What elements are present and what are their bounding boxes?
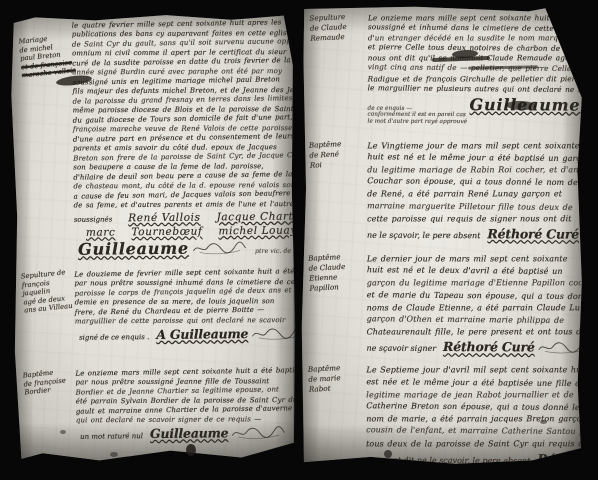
page-right-entries: Sepulturede ClaudeRemaudeLe onzieme mars… (300, 4, 585, 466)
signature-flourish (536, 340, 585, 354)
officiant-row: nous ont dit ne le sçavoir, le pere abse… (366, 450, 577, 466)
signature-row: soussignésRené ValloisJacque Chartier (74, 211, 290, 225)
officiant-signature: A Guilleaume (156, 326, 248, 342)
gutter-shadow (293, 0, 302, 480)
entry-line: tous deux de la paroisse de Saint Cyr qu… (366, 438, 577, 450)
entry-body: Le douzieme de fevrier mille sept cent s… (74, 268, 291, 327)
ink-speck (186, 444, 196, 456)
officiant-row: de ce enquis —conformément il est en par… (367, 94, 578, 126)
register-entry: Baptêmede ClaudeEtiennePapillonLe dernie… (308, 252, 577, 355)
signature-flourish (190, 241, 248, 256)
signature: marc (86, 226, 116, 238)
page-left-entries: Mariagede michelpaul Bretonet de françoi… (10, 12, 298, 443)
ink-speck (384, 450, 392, 458)
entry-body: le quatre fevrier mille sept cent soixan… (72, 19, 290, 211)
officiant-prefix: ne le sçavoir, le pere absent (367, 231, 480, 240)
signature-flourish (580, 227, 585, 241)
officiant-row: Guilleaume ptre vic. de Launay — des par… (78, 238, 290, 259)
entry-line: marguillier de cette paroisse qui ont de… (75, 316, 291, 327)
entry-line: garçon du legitime mariage d'Etienne Pap… (367, 278, 578, 290)
signature: René Vallois (128, 212, 200, 225)
entry-line: Catherine Breton son épouse, qui a tous … (366, 400, 577, 414)
margin-note: Baptêmede marieRabot (308, 363, 359, 395)
signature: michel Louay (218, 225, 296, 238)
officiant-row: ne sçavoir signerRéthoré Curé (366, 339, 577, 355)
margin-note: Baptêmede ClaudeEtiennePapillon (308, 251, 360, 293)
signature-flourish (249, 326, 298, 341)
register-entry: Mariagede michelpaul Bretonet de françoi… (20, 19, 290, 260)
margin-note-line: Remaude (310, 31, 360, 43)
entry-body: Le dernier jour de mars mil sept cent so… (367, 253, 578, 339)
margin-note-line: Rabot (309, 383, 359, 395)
margin-note-line: Papillon (309, 281, 359, 293)
entry-line: le marguillier ne plusieurs autres qui o… (368, 83, 579, 95)
margin-note: Sepulturede ClaudeRemaude (309, 11, 360, 43)
entry-line: Le Septieme jour d'avril mil sept cent s… (366, 365, 577, 377)
margin-note-line: Roi (310, 158, 360, 170)
signature: Jacque Chartier (216, 210, 298, 223)
entry-line: de René, a été parrain René Lunay garçon… (367, 189, 578, 201)
entry-line: Chateaurenault fille, le pere present et… (367, 326, 578, 338)
entry-line: cousin de l'enfant, et marraine Catherin… (366, 425, 577, 439)
margin-note: Mariagede michelpaul Bretonet de françoi… (18, 33, 72, 81)
officiant-signature: Réthoré Curé (443, 339, 535, 354)
entry-body: Le Septieme jour d'avril mil sept cent s… (366, 364, 577, 450)
officiant-row: signé de ce enquis .A Guilleaume ptre vi… (79, 326, 291, 343)
entry-line: est née et le même jour a été baptisée u… (366, 376, 577, 390)
page-right: Sepulturede ClaudeRemaudeLe onzieme mars… (300, 4, 585, 466)
officiant-signature: Guilleaume (78, 239, 189, 259)
officiant-signature: Réthoré Curé (487, 226, 579, 241)
entry-line: garçon d'Othen et marraine marie philipp… (367, 313, 578, 327)
ink-speck (60, 430, 66, 434)
entry-line: marraine marguerite Pilletour fille tous… (367, 200, 578, 214)
register-entry: Baptêmede marieRabotLe Septieme jour d'a… (308, 364, 577, 467)
ink-speck (540, 420, 547, 424)
signature-row: marcTournebœufmichel Louay (86, 225, 290, 239)
officiant-row: ne le sçavoir, le pere absentRéthoré Cur… (367, 226, 578, 242)
entry-line: cette paroisse qui requis de signer nous… (367, 213, 578, 225)
margin-note: Sepulture defrançoisjaquelinagé de deuxa… (21, 268, 75, 316)
margin-note: Baptêmede RenéRoi (309, 138, 360, 170)
entry-line: qui ont declaré ne scavoir signer de ce … (76, 415, 292, 426)
officiant-signature: Réthoré Curé (537, 451, 585, 466)
page-left: Mariagede michelpaul Bretonet de françoi… (10, 12, 299, 464)
register-entry: Sepulturede ClaudeRemaudeLe onzieme mars… (309, 12, 578, 126)
entry-line: Le Vingtieme jour de mars mil sept cent … (367, 140, 578, 152)
ink-speck (110, 452, 118, 457)
entry-body: Le onzieme mars mille sept cent soixante… (75, 367, 292, 426)
entry-line: de sa feme, et d'autres parents et amis … (74, 200, 290, 211)
officiant-notes: de ce enquis —conformément il est en par… (367, 105, 462, 125)
signature-flourish (581, 104, 585, 118)
register-entry: Sepulture defrançoisjaquelinagé de deuxa… (22, 268, 291, 344)
signature: Tournebœuf (131, 225, 202, 238)
officiant-note-line: le mot d'autre part rayé approuvé (367, 119, 462, 126)
margin-note: Baptêmede françoiseBordier (22, 367, 74, 398)
officiant-row: un mot raturé nulGuilleaume ptre vic. de… (80, 425, 292, 442)
officiant-prefix: ne sçavoir signer (366, 344, 436, 353)
officiant-prefix: un mot raturé nul (80, 432, 143, 441)
entry-line: huit est né et le même jour a été baptis… (367, 151, 578, 165)
officiant-prefix: signé de ce enquis . (79, 333, 149, 342)
register-entry: Baptêmede RenéRoiLe Vingtieme jour de ma… (309, 139, 578, 242)
signature-prefix: soussignés (74, 215, 113, 223)
signature-flourish (229, 425, 287, 440)
entry-line: et de marie du Tapeau son épouse, qui a … (367, 289, 578, 303)
officiant-title: ptre vic. de Launay — des parents illett… (255, 247, 298, 255)
entry-body: Le Vingtieme jour de mars mil sept cent … (367, 139, 578, 225)
officiant-signature: Guilleaume (150, 425, 228, 441)
register-photo: Mariagede michelpaul Bretonet de françoi… (0, 0, 598, 480)
